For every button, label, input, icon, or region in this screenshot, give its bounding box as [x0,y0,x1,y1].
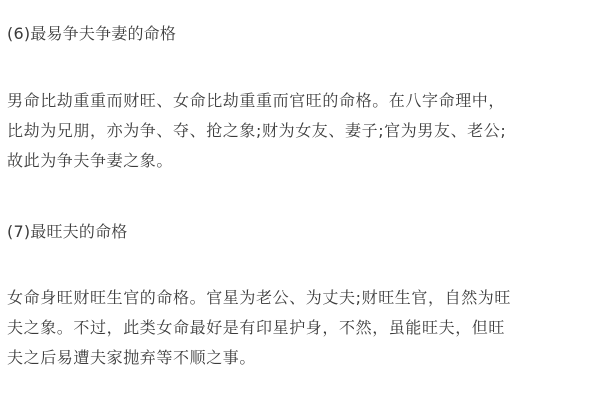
paragraph-line: 比劫为兄朋，亦为争、夺、抢之象;财为女友、妻子;官为男友、老公; [7,116,597,146]
section-heading-7: (7)最旺夫的命格 [7,222,127,242]
section-heading-6: (6)最易争夫争妻的命格 [7,24,176,44]
paragraph-line: 夫之象。不过，此类女命最好是有印星护身，不然，虽能旺夫，但旺 [7,313,597,343]
section-paragraph-7: 女命身旺财旺生官的命格。官星为老公、为丈夫;财旺生官，自然为旺 夫之象。不过，此… [7,283,597,373]
paragraph-line: 故此为争夫争妻之象。 [7,146,597,176]
paragraph-line: 女命身旺财旺生官的命格。官星为老公、为丈夫;财旺生官，自然为旺 [7,283,597,313]
paragraph-line: 夫之后易遭夫家抛弃等不顺之事。 [7,343,597,373]
section-paragraph-6: 男命比劫重重而财旺、女命比劫重重而官旺的命格。在八字命理中， 比劫为兄朋，亦为争… [7,86,597,176]
paragraph-line: 男命比劫重重而财旺、女命比劫重重而官旺的命格。在八字命理中， [7,86,597,116]
